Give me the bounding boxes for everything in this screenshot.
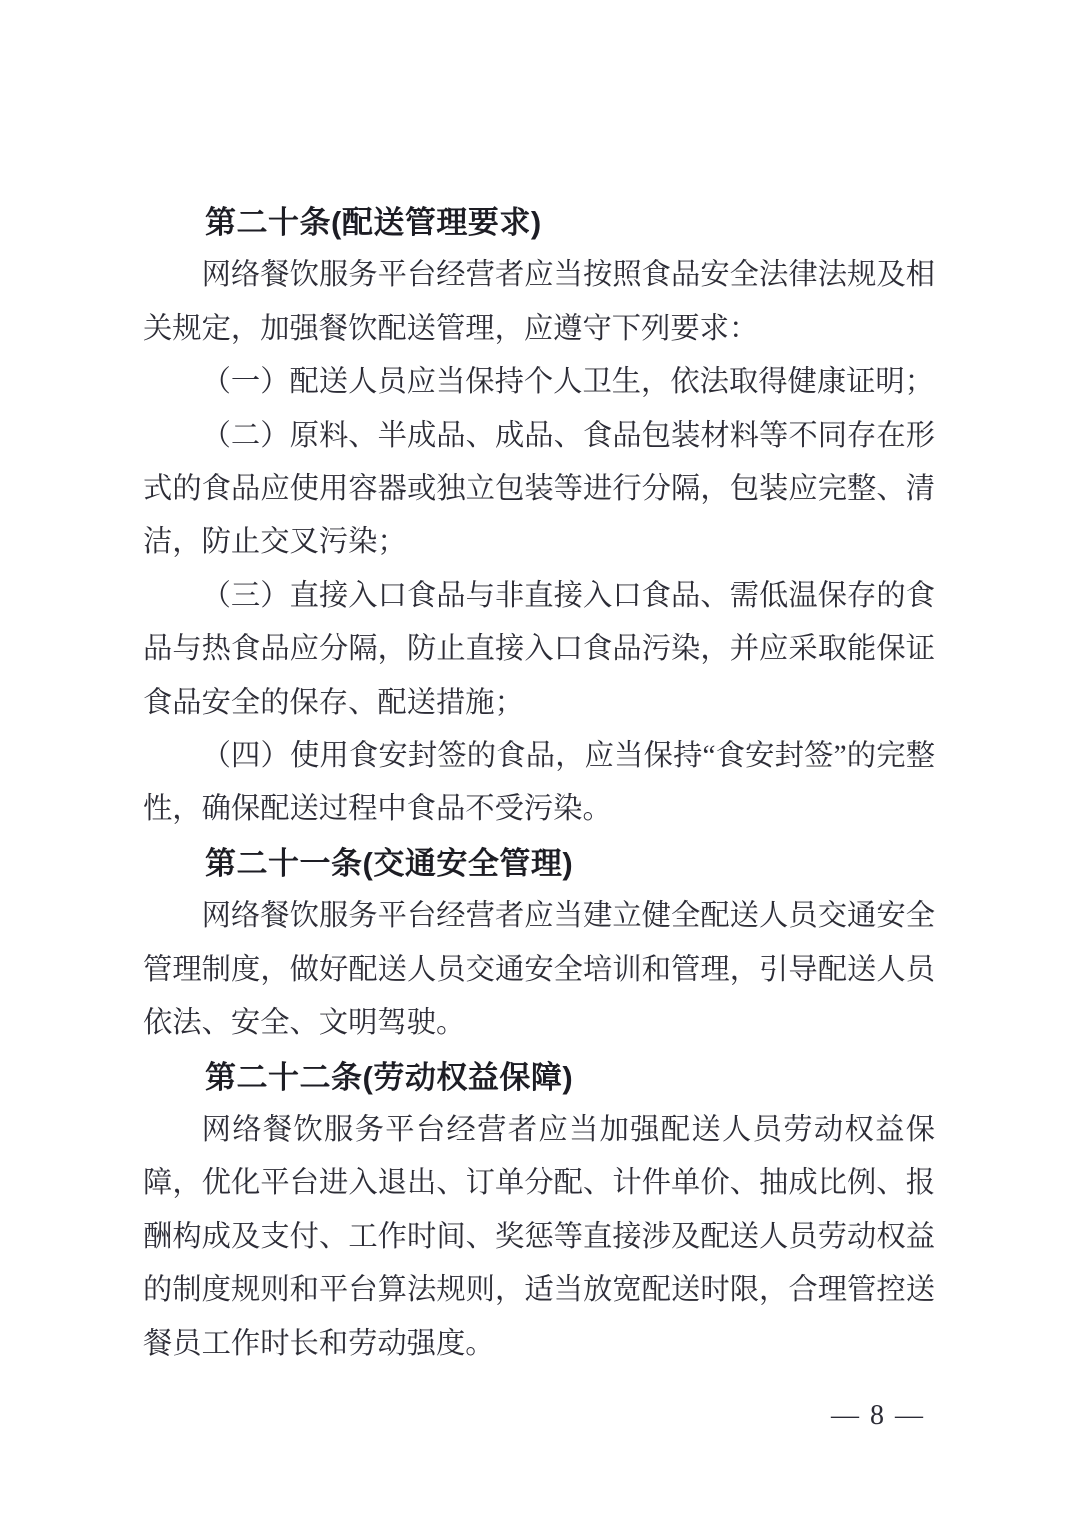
article-21-heading: 第二十一条(交通安全管理)	[143, 837, 935, 890]
page-number: — 8 —	[831, 1396, 925, 1436]
article-section-20: 第二十条(配送管理要求) 网络餐饮服务平台经营者应当按照食品安全法律法规及相关规…	[143, 196, 935, 837]
article-20-item-3: （三）直接入口食品与非直接入口食品、需低温保存的食品与热食品应分隔，防止直接入口…	[143, 570, 935, 730]
article-21-paragraph-1: 网络餐饮服务平台经营者应当建立健全配送人员交通安全管理制度，做好配送人员交通安全…	[143, 890, 935, 1050]
document-body: 第二十条(配送管理要求) 网络餐饮服务平台经营者应当按照食品安全法律法规及相关规…	[143, 196, 935, 1371]
article-20-heading: 第二十条(配送管理要求)	[143, 196, 935, 249]
article-20-item-2: （二）原料、半成品、成品、食品包装材料等不同存在形式的食品应使用容器或独立包装等…	[143, 410, 935, 570]
article-22-heading: 第二十二条(劳动权益保障)	[143, 1051, 935, 1104]
document-page: 第二十条(配送管理要求) 网络餐饮服务平台经营者应当按照食品安全法律法规及相关规…	[0, 0, 1080, 1527]
article-20-item-4: （四）使用食安封签的食品，应当保持“食安封签”的完整性，确保配送过程中食品不受污…	[143, 730, 935, 837]
article-22-paragraph-1: 网络餐饮服务平台经营者应当加强配送人员劳动权益保障，优化平台进入退出、订单分配、…	[143, 1104, 935, 1371]
article-section-22: 第二十二条(劳动权益保障) 网络餐饮服务平台经营者应当加强配送人员劳动权益保障，…	[143, 1051, 935, 1371]
article-section-21: 第二十一条(交通安全管理) 网络餐饮服务平台经营者应当建立健全配送人员交通安全管…	[143, 837, 935, 1051]
article-20-paragraph-1: 网络餐饮服务平台经营者应当按照食品安全法律法规及相关规定，加强餐饮配送管理，应遵…	[143, 249, 935, 356]
article-20-item-1: （一）配送人员应当保持个人卫生，依法取得健康证明；	[143, 356, 935, 409]
